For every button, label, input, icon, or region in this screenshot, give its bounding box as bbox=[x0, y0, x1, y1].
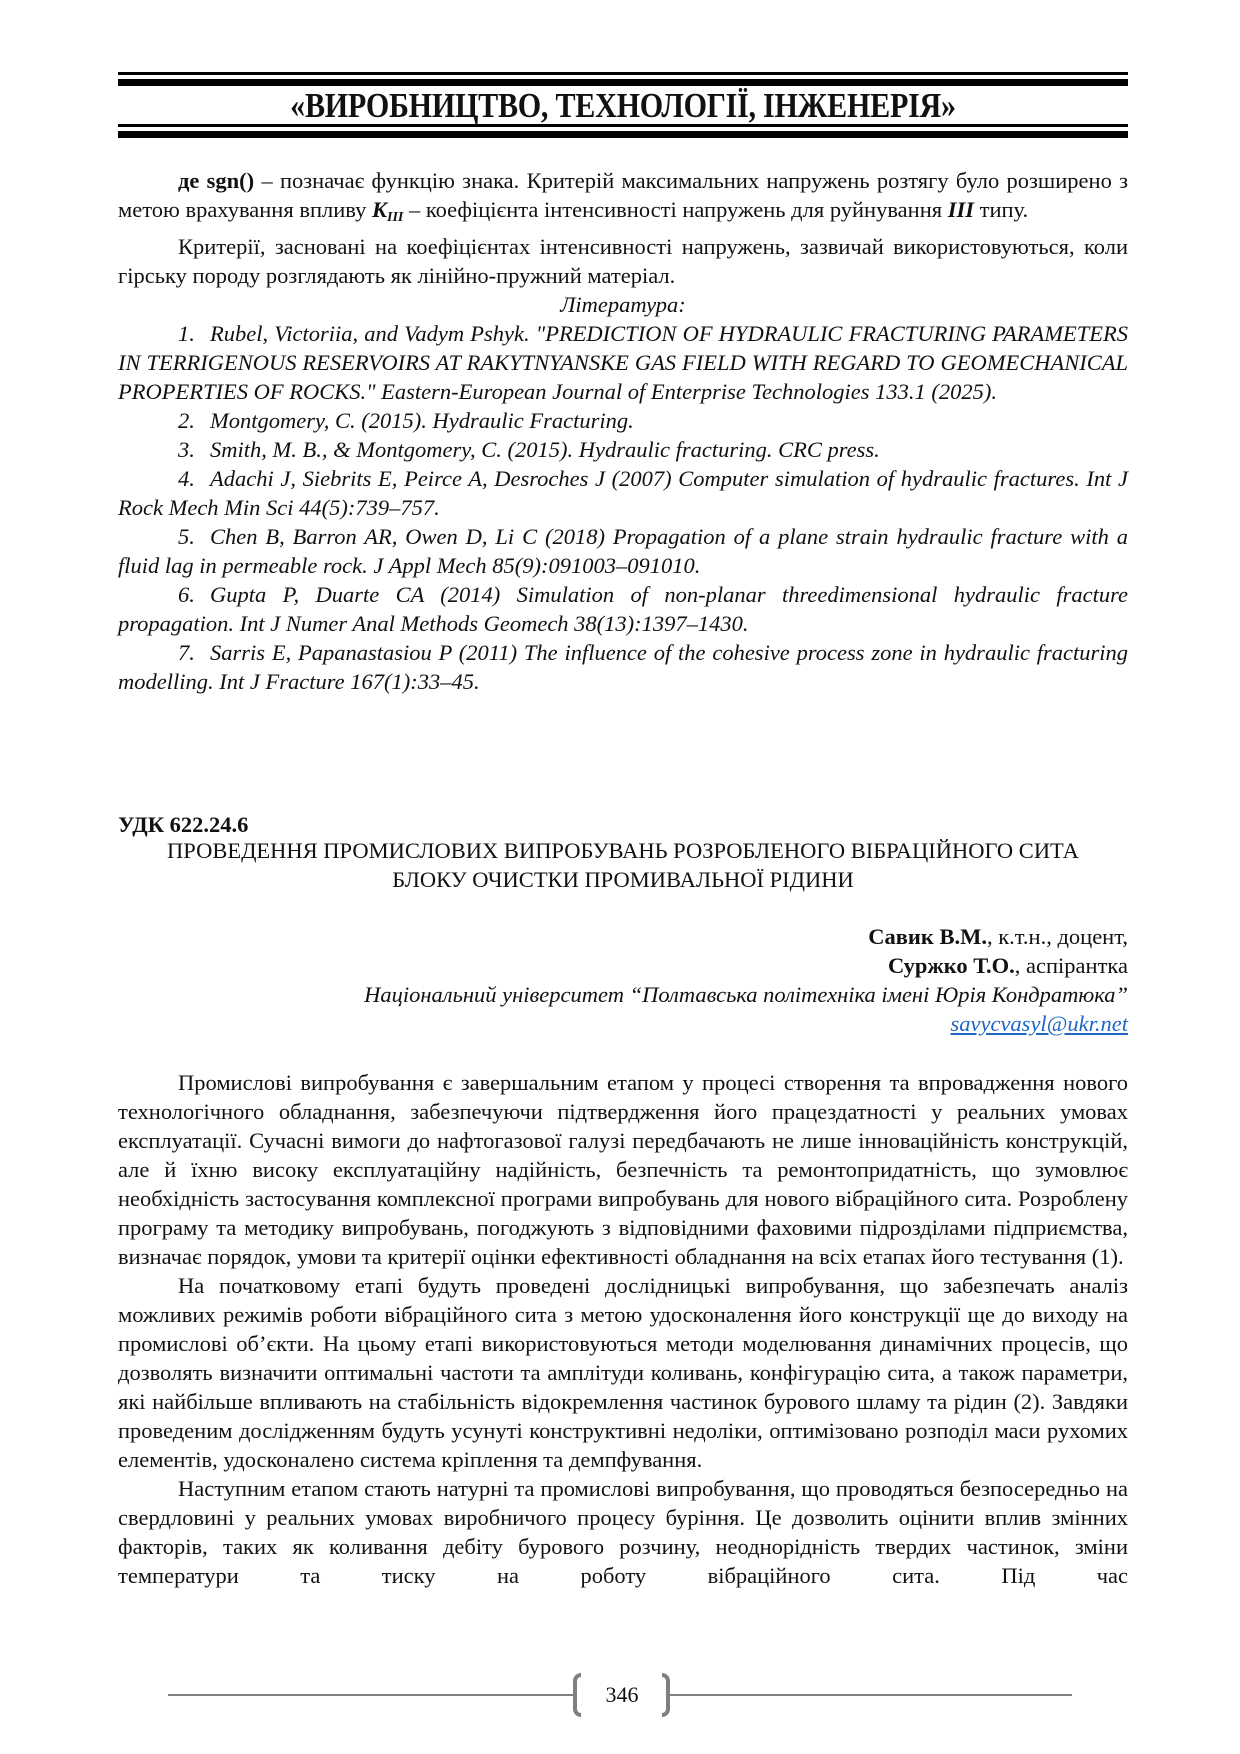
reference-item: 7.Sarris E, Papanastasiou P (2011) The i… bbox=[118, 638, 1128, 696]
page-number: 346 bbox=[585, 1680, 659, 1710]
footer-rule-right bbox=[669, 1694, 1072, 1696]
affiliation: Національний університет “Полтавська пол… bbox=[118, 980, 1128, 1009]
reference-item: 6.Gupta P, Duarte CA (2014) Simulation o… bbox=[118, 580, 1128, 638]
fracture-type-symbol: III bbox=[948, 197, 974, 222]
reference-number: 2. bbox=[178, 406, 210, 435]
reference-item: 1.Rubel, Victoriia, and Vadym Pshyk. "PR… bbox=[118, 319, 1128, 406]
header-rule-bottom-thin bbox=[118, 124, 1128, 127]
document-page: «ВИРОБНИЦТВО, ТЕХНОЛОГІЇ, ІНЖЕНЕРІЯ» де … bbox=[0, 0, 1240, 1754]
reference-item: 4.Adachi J, Siebrits E, Peirce A, Desroc… bbox=[118, 464, 1128, 522]
reference-text: Montgomery, C. (2015). Hydraulic Fractur… bbox=[210, 408, 634, 433]
paragraph: Наступним етапом стають натурні та проми… bbox=[118, 1474, 1128, 1590]
k-symbol: KIII bbox=[372, 197, 403, 222]
reference-list: 1.Rubel, Victoriia, and Vadym Pshyk. "PR… bbox=[118, 319, 1128, 696]
header-rule-top-thin bbox=[118, 72, 1128, 75]
paragraph: Промислові випробування є завершальним е… bbox=[118, 1068, 1128, 1271]
paragraph: Критерії, засновані на коефіцієнтах інте… bbox=[118, 232, 1128, 290]
reference-text: Chen B, Barron AR, Owen D, Li C (2018) P… bbox=[118, 524, 1128, 578]
reference-number: 6. bbox=[178, 580, 210, 609]
reference-text: Gupta P, Duarte CA (2014) Simulation of … bbox=[118, 582, 1128, 636]
header-rule-top-thick bbox=[118, 79, 1128, 86]
reference-number: 5. bbox=[178, 522, 210, 551]
header-rule-bottom-thick bbox=[118, 131, 1128, 138]
reference-item: 3.Smith, M. B., & Montgomery, C. (2015).… bbox=[118, 435, 1128, 464]
reference-item: 5.Chen B, Barron AR, Owen D, Li C (2018)… bbox=[118, 522, 1128, 580]
left-brace-icon bbox=[573, 1673, 581, 1717]
journal-section-title: «ВИРОБНИЦТВО, ТЕХНОЛОГІЇ, ІНЖЕНЕРІЯ» bbox=[189, 86, 1058, 126]
footer-rule-left bbox=[168, 1694, 574, 1696]
email-link[interactable]: savycvasyl@ukr.net bbox=[950, 1011, 1128, 1036]
reference-text: Adachi J, Siebrits E, Peirce A, Desroche… bbox=[118, 466, 1128, 520]
author-line: Савик В.М., к.т.н., доцент, bbox=[118, 922, 1128, 951]
previous-article-ending: де sgn() – позначає функцію знака. Крите… bbox=[118, 166, 1128, 696]
article-title: ПРОВЕДЕННЯ ПРОМИСЛОВИХ ВИПРОБУВАНЬ РОЗРО… bbox=[118, 836, 1128, 894]
reference-item: 2.Montgomery, C. (2015). Hydraulic Fract… bbox=[118, 406, 1128, 435]
udk-code: УДК 622.24.6 bbox=[118, 810, 248, 839]
reference-text: Smith, M. B., & Montgomery, C. (2015). H… bbox=[210, 437, 880, 462]
reference-text: Rubel, Victoriia, and Vadym Pshyk. "PRED… bbox=[118, 321, 1128, 404]
article-body: Промислові випробування є завершальним е… bbox=[118, 1068, 1128, 1590]
reference-number: 4. bbox=[178, 464, 210, 493]
reference-number: 1. bbox=[178, 319, 210, 348]
author-line: Суржко Т.О., аспірантка bbox=[118, 951, 1128, 980]
paragraph: На початковому етапі будуть проведені до… bbox=[118, 1271, 1128, 1474]
author-block: Савик В.М., к.т.н., доцент, Суржко Т.О.,… bbox=[118, 922, 1128, 1038]
reference-number: 7. bbox=[178, 638, 210, 667]
literature-heading: Література: bbox=[118, 290, 1128, 319]
paragraph: де sgn() – позначає функцію знака. Крите… bbox=[118, 166, 1128, 232]
reference-number: 3. bbox=[178, 435, 210, 464]
formula-term: де sgn() bbox=[178, 168, 254, 193]
reference-text: Sarris E, Papanastasiou P (2011) The inf… bbox=[118, 640, 1128, 694]
